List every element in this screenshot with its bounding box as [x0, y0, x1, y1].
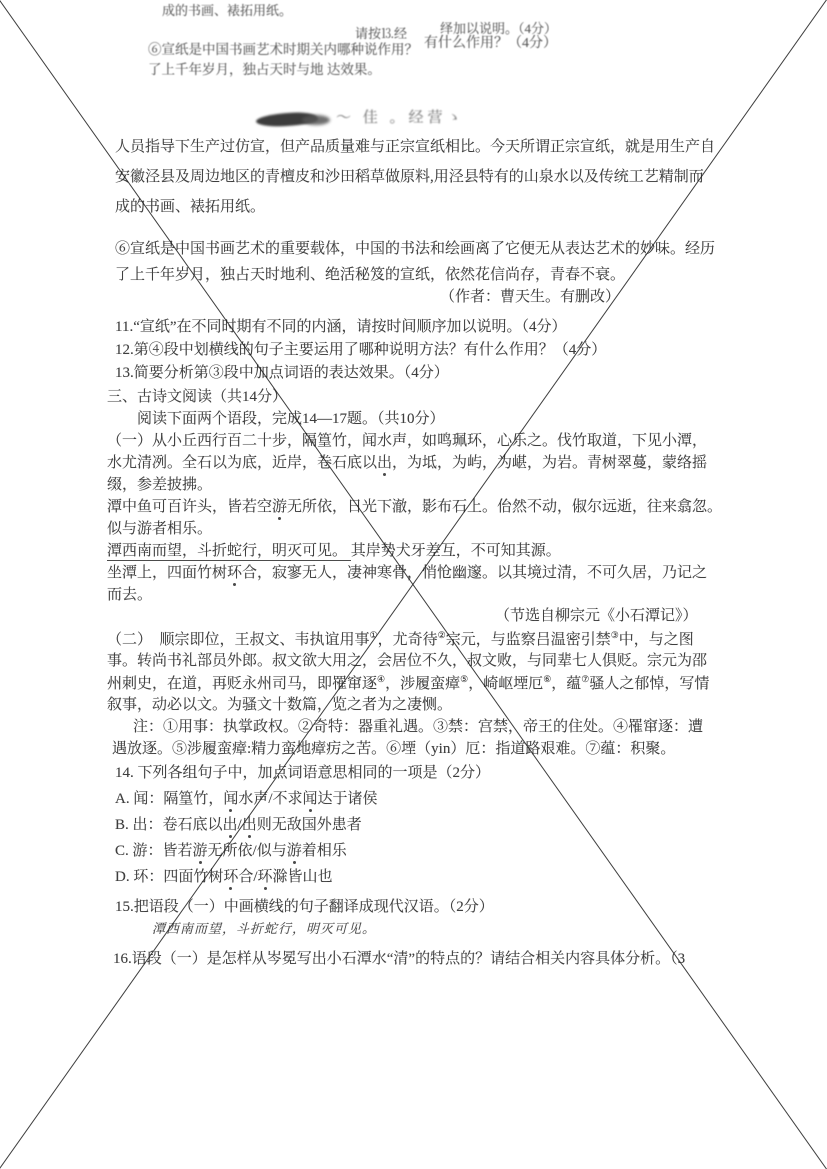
question-16: 16.语段（一）是怎样从岑冕写出小石潭水“清”的特点的？请结合相关内容具体分析。…: [113, 950, 685, 969]
passage2-line-1: （二） 顺宗即位，王叔文、韦执谊用事①，尤奇待②宗元，与监察吕温密引禁③中，与之…: [107, 630, 694, 650]
passage2-line-2: 事。转尚书礼部员外郎。叔文欲大用之，会居位不久，叔文败，与同辈七人俱贬。宗元为邵: [107, 652, 707, 671]
passage1-line-1: （一）从小丘西行百二十步，隔篁竹，闻水声，如鸣珮环，心乐之。伐竹取道，下见小潭，: [107, 432, 707, 451]
question-14-option-a: A. 闻：隔篁竹，闻水声/不求闻达于诸侯: [115, 790, 378, 809]
passage1-line-7: 坐潭上，四面竹树环合，寂寥无人，凄神寒骨，悄怆幽邃。以其境过清，不可久居，乃记之: [107, 564, 707, 583]
passage1-source: （节选自柳宗元《小石潭记》）: [495, 607, 698, 626]
question-14-option-d: D. 环：四面竹树环合/环滁皆山也: [115, 868, 333, 887]
question-14: 14. 下列各组句子中，加点词语意思相同的一项是（2分）: [115, 764, 490, 783]
passage1-line-4: 潭中鱼可百许头，皆若空游无所依，日光下澈，影布石上。佁然不动，俶尔远逝，往来翕忽…: [107, 498, 722, 517]
passage1-line-5: 似与游者相乐。: [107, 520, 212, 539]
paragraph5-line-1: 人员指导下生产过仿宣，但产品质量难与正宗宣纸相比。今天所谓正宗宣纸，就是用生产自: [115, 138, 715, 157]
question-12: 12.第④段中划横线的句子主要运用了哪种说明方法？有什么作用？（4分）: [115, 341, 606, 360]
passage2-note-line-1: 注：①用事：执掌政权。②奇特：器重礼遇。③禁：宫禁，帝王的住处。④罹窜逐：遭: [133, 718, 703, 737]
question-14-option-c: C. 游：皆若游无所依/似与游着相乐: [115, 842, 347, 861]
handwriting-scribble: ～ 佳 。经营ゝ: [336, 109, 466, 128]
paragraph6-line-2: 了上千年岁月，独占天时地利、绝活秘笈的宣纸，依然花信尚存，青春不衰。: [115, 266, 625, 285]
paragraph5-line-3: 成的书画、裱拓用纸。: [115, 198, 265, 217]
question-15: 15.把语段（一）中画横线的句子翻译成现代汉语。（2分）: [115, 898, 494, 917]
ghost-text-line: 了上千年岁月，独占天时与地 达效果。: [148, 62, 381, 79]
ink-smudge-blob: [302, 115, 330, 125]
question-15-quoted-sentence: 潭西南而望，斗折蛇行，明灭可见。: [152, 921, 376, 937]
passage1-line-2: 水尤清冽。全石以为底，近岸，卷石底以出，为坻，为屿，为嵁，为岩。青树翠蔓，蒙络摇: [107, 454, 707, 473]
ghost-text-line: 请按⒔经: [355, 26, 407, 42]
passage2-line-3: 州刺史，在道，再贬永州司马，即罹窜逐④，涉履蛮瘴⑤，崎岖堙厄⑥，蕴⑦骚人之郁悼，…: [107, 674, 709, 694]
passage2-note-line-2: 遇放逐。⑤涉履蛮瘴:精力蛮地瘴疠之苦。⑥堙（yin）厄：指道路艰难。⑦蕴：积聚。: [112, 740, 675, 759]
scanned-exam-page: 成的书画、裱拓用纸。 请按⒔经 绎加以说明。（4分） ⑥宣纸是中国书画艺术时期关…: [0, 0, 827, 1169]
passage2-line-4: 叙事，动必以文。为骚文十数篇，览之者为之凄恻。: [107, 696, 452, 715]
ghost-text-line: 有什么作用？（4分）: [424, 35, 557, 53]
paragraph5-line-2: 安徽泾县及周边地区的青檀皮和沙田稻草做原料,用泾县特有的山泉水以及传统工艺精制而: [115, 168, 704, 187]
section3-heading: 三、古诗文阅读（共14分）: [107, 388, 287, 407]
question-11: 11.“宣纸”在不同时期有不同的内涵，请按时间顺序加以说明。（4分）: [115, 318, 567, 337]
ghost-text-line: ⑥宣纸是中国书画艺术时期关内哪种说作用？: [148, 42, 418, 59]
author-credit: （作者：曹天生。有删改）: [440, 288, 620, 307]
passage1-line-3: 缀，参差披拂。: [107, 476, 212, 495]
passage1-line-8: 而去。: [107, 586, 152, 605]
ghost-text-line: 成的书画、裱拓用纸。: [162, 3, 292, 19]
paragraph6-line-1: ⑥宣纸是中国书画艺术的重要载体，中国的书法和绘画离了它便无从表达艺术的妙味。经历: [115, 240, 715, 259]
question-13: 13.简要分析第③段中加点词语的表达效果。（4分）: [115, 364, 449, 383]
passage1-line-6-underlined: 潭西南而望，斗折蛇行，明灭可见。 其岸势犬牙差互，不可知其源。: [107, 542, 561, 561]
